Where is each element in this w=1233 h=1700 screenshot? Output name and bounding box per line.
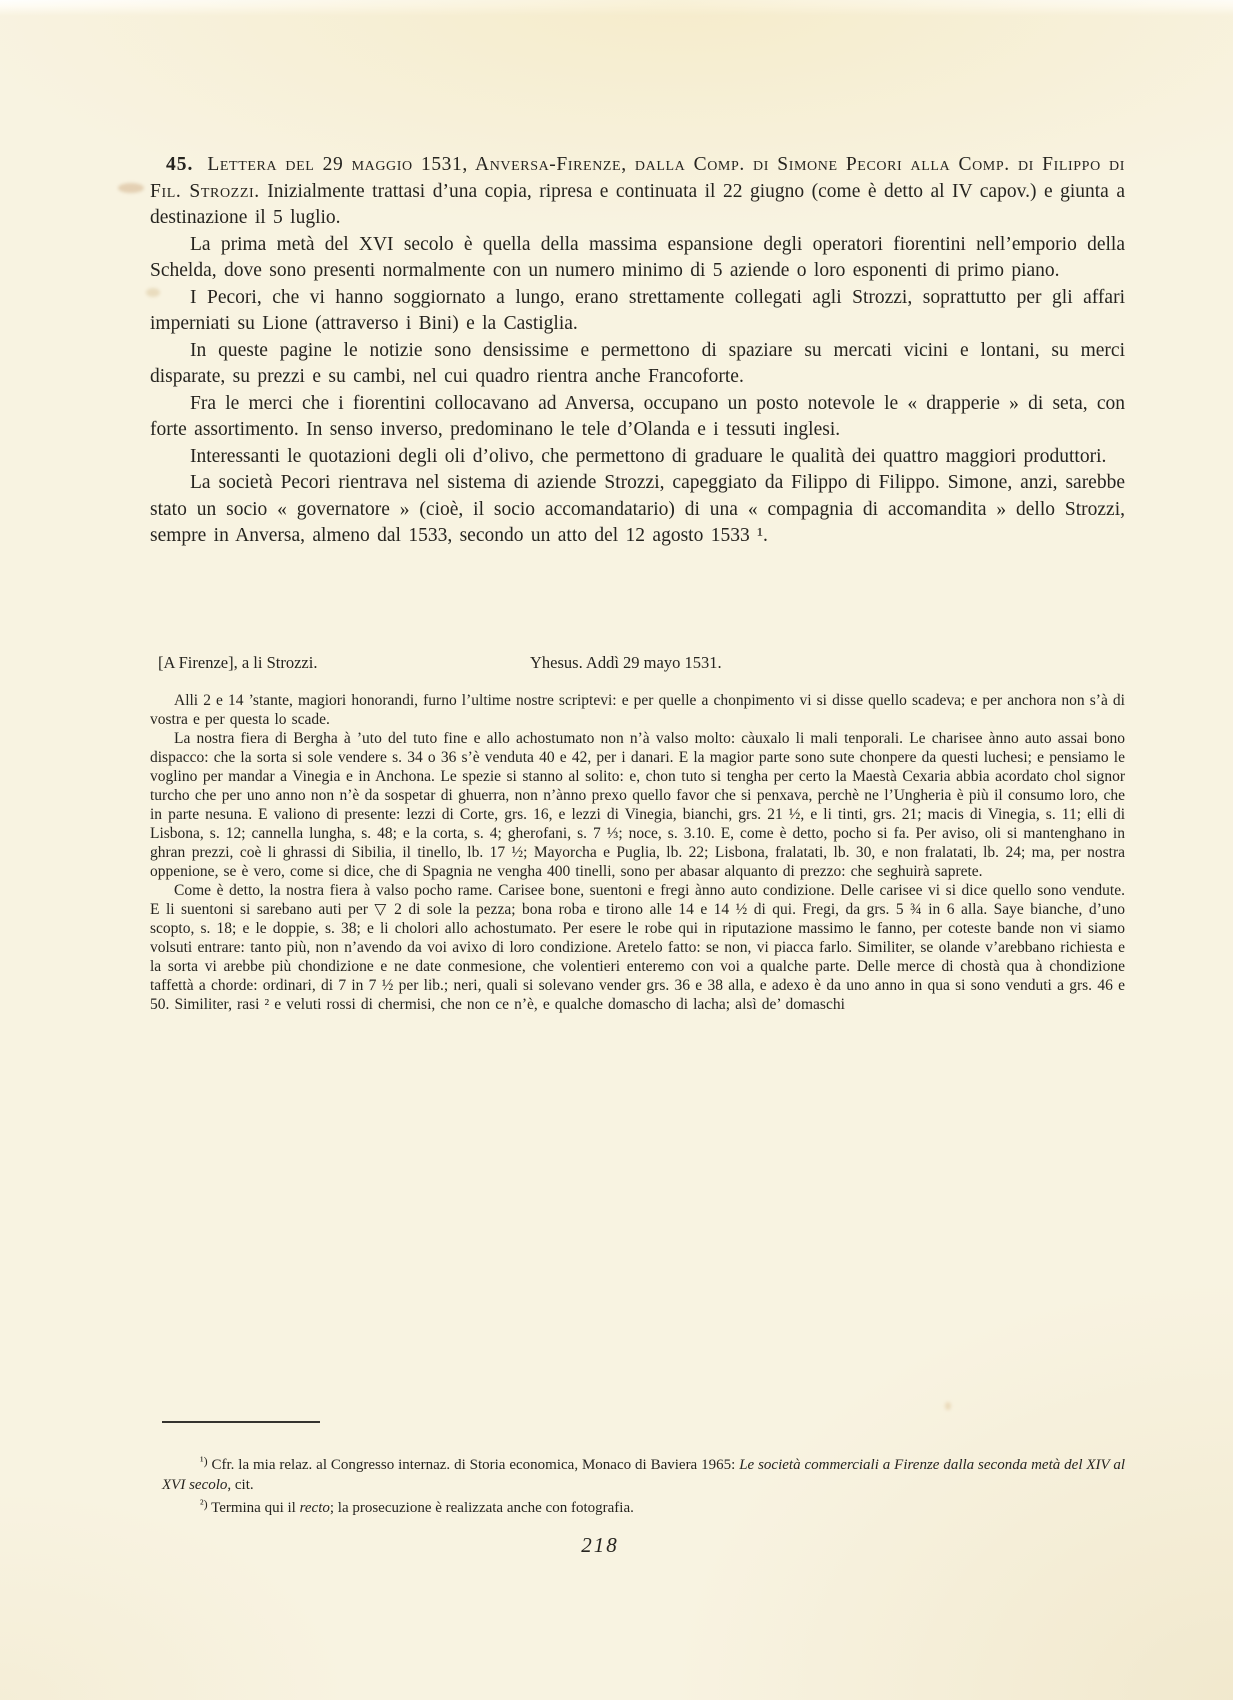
margin-smudge-artifact — [945, 1402, 951, 1410]
footnote-1-text: Cfr. la mia relaz. al Congresso internaz… — [208, 1457, 740, 1473]
entry-title-rest: Inizialmente trattasi d’una copia, ripre… — [150, 181, 1125, 229]
scanned-book-page: 45.Lettera del 29 maggio 1531, Anversa-F… — [0, 0, 1233, 1700]
footnote-1: ¹) Cfr. la mia relaz. al Congresso inter… — [162, 1452, 1125, 1495]
letter-dateline: Yhesus. Addì 29 mayo 1531. — [530, 653, 722, 673]
footnote-separator-rule — [162, 1421, 320, 1423]
intro-paragraph: In queste pagine le notizie sono densiss… — [150, 338, 1125, 391]
footnote-2-italic-term: recto — [300, 1500, 330, 1516]
intro-paragraph: La prima metà del XVI secolo è quella de… — [150, 232, 1125, 285]
letter-paragraph-with-footnote-ref: Come è detto, la nostra fiera à valso po… — [150, 881, 1125, 1014]
intro-paragraph-with-footnote-ref: La società Pecori rientrava nel sistema … — [150, 470, 1125, 550]
intro-section: 45.Lettera del 29 maggio 1531, Anversa-F… — [150, 152, 1125, 550]
letter-address: [A Firenze], a li Strozzi. — [158, 653, 317, 673]
intro-paragraph: I Pecori, che vi hanno soggiornato a lun… — [150, 285, 1125, 338]
letter-transcription: Alli 2 e 14 ’stante, magiori honorandi, … — [150, 691, 1125, 1014]
intro-heading-paragraph: 45.Lettera del 29 maggio 1531, Anversa-F… — [150, 152, 1125, 232]
intro-paragraph: Fra le merci che i fiorentini collocavan… — [150, 391, 1125, 444]
page-number: 218 — [150, 1533, 1050, 1558]
footnote-2-text-end: ; la prosecuzione è realizzata anche con… — [330, 1500, 634, 1516]
intro-paragraph: Interessanti le quotazioni degli oli d’o… — [150, 444, 1125, 471]
letter-paragraph: Alli 2 e 14 ’stante, magiori honorandi, … — [150, 691, 1125, 729]
entry-number: 45. — [166, 154, 193, 175]
footnote-2-text: Termina qui il — [208, 1500, 300, 1516]
footnote-2: ²) Termina qui il recto; la prosecuzione… — [162, 1495, 1125, 1519]
footnote-1-marker: ¹) — [200, 1454, 208, 1468]
margin-smudge-artifact — [118, 183, 144, 193]
footnote-1-text-end: , cit. — [227, 1477, 253, 1493]
footnotes-section: ¹) Cfr. la mia relaz. al Congresso inter… — [162, 1452, 1125, 1519]
footnote-2-marker: ²) — [200, 1497, 208, 1511]
letter-paragraph: La nostra fiera di Bergha à ’uto del tut… — [150, 729, 1125, 881]
